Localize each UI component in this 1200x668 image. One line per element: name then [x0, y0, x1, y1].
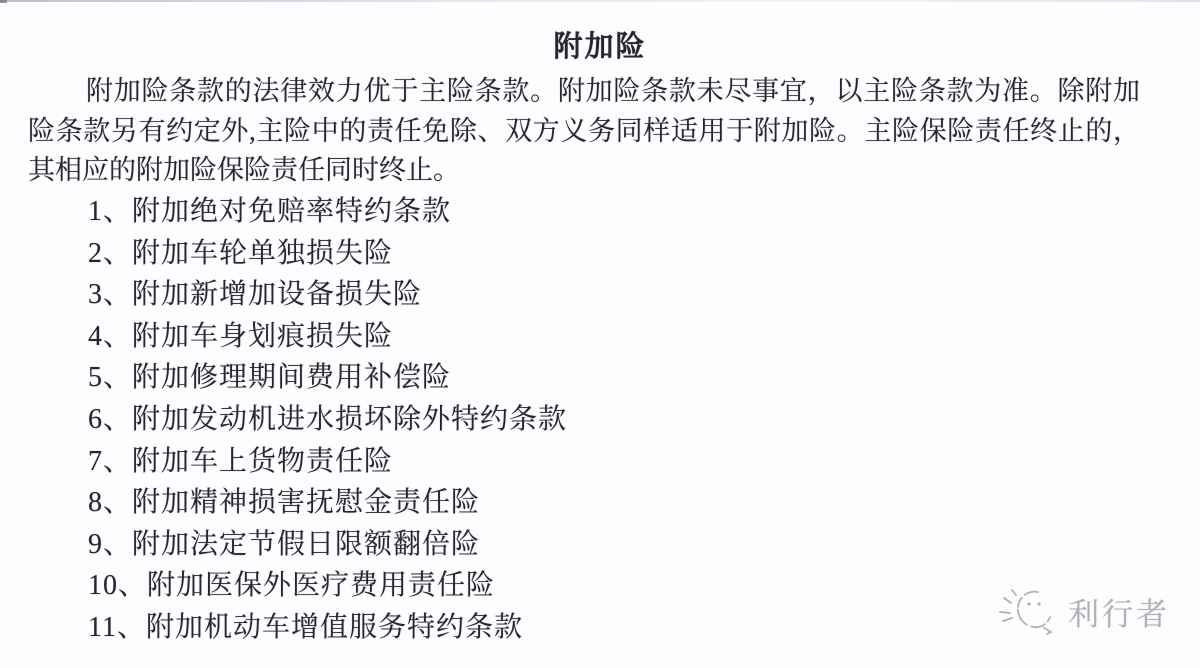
list-item: 6、附加发动机进水损坏除外特约条款	[88, 399, 567, 441]
list-item: 8、附加精神损害抚慰金责任险	[88, 482, 567, 524]
document-title: 附加险	[0, 24, 1200, 65]
paragraph-line: 险条款另有约定外,主险中的责任免除、双方义务同样适用于附加险。主险保险责任终止的…	[28, 112, 1140, 152]
list-item: 10、附加医保外医疗费用责任险	[88, 565, 567, 607]
rider-list: 1、附加绝对免赔率特约条款 2、附加车轮单独损失险 3、附加新增加设备损失险 4…	[88, 191, 567, 649]
paragraph-line: 其相应的附加险保险责任同时终止。	[28, 151, 1140, 191]
scan-artifact	[0, 0, 7, 3]
list-item: 2、附加车轮单独损失险	[88, 233, 567, 275]
scan-top-edge	[0, 0, 1200, 2]
watermark: 利行者	[998, 584, 1170, 638]
list-item: 1、附加绝对免赔率特约条款	[88, 191, 567, 233]
sketch-mascot-icon	[998, 584, 1060, 638]
list-item: 4、附加车身划痕损失险	[88, 316, 567, 358]
intro-paragraph: 附加险条款的法律效力优于主险条款。附加险条款未尽事宜，以主险条款为准。除附加 险…	[28, 72, 1140, 191]
list-item: 3、附加新增加设备损失险	[88, 274, 567, 316]
brand-name: 利行者	[1068, 589, 1170, 634]
list-item: 9、附加法定节假日限额翻倍险	[88, 524, 567, 566]
list-item: 5、附加修理期间费用补偿险	[88, 357, 567, 399]
list-item: 7、附加车上货物责任险	[88, 441, 567, 483]
list-item: 11、附加机动车增值服务特约条款	[88, 607, 567, 649]
paragraph-line: 附加险条款的法律效力优于主险条款。附加险条款未尽事宜，以主险条款为准。除附加	[28, 72, 1140, 112]
